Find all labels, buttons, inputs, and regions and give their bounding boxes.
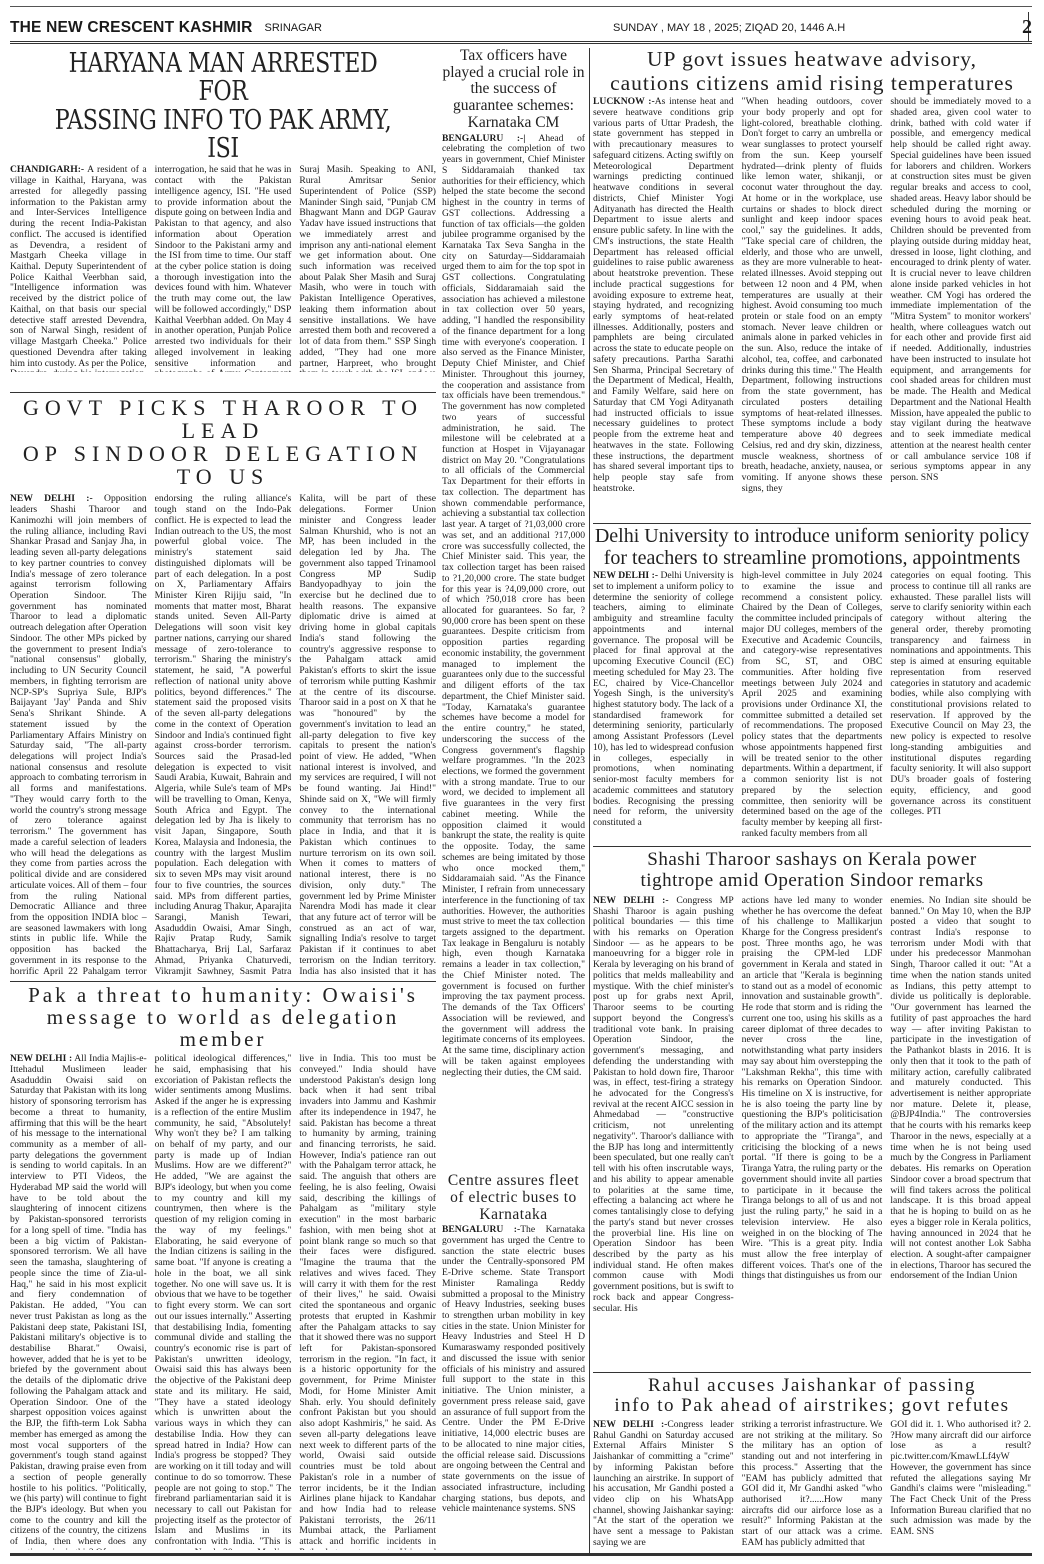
column-1: NEW DELHI :- Opposition leaders Shashi T… <box>10 494 147 976</box>
headline: HARYANA MAN ARRESTED FOR PASSING INFO TO… <box>48 50 397 163</box>
headline: Rahul accuses Jaishankar of passing info… <box>593 1376 1031 1416</box>
masthead: THE NEW CRESCENT KASHMIR SRINAGAR SUNDAY… <box>10 14 1032 44</box>
headline: Tax officers have played a crucial role … <box>442 48 585 132</box>
dateline: NEW DELHI :- <box>10 493 93 504</box>
bottom-rule <box>10 1553 1032 1556</box>
column-2: political ideological differences," he s… <box>155 1054 292 1550</box>
dateline: NEW DELHI : <box>10 1053 72 1064</box>
newspaper-name: THE NEW CRESCENT KASHMIR <box>10 19 252 37</box>
column-1: NEW DELHI :- Delhi University is set to … <box>593 571 734 839</box>
article-rahul: Rahul accuses Jaishankar of passing info… <box>593 1376 1031 1552</box>
divider <box>10 981 436 982</box>
article-tharoor-kerala: Shashi Tharoor sashays on Kerala power t… <box>593 850 1031 1370</box>
headline: Pak a threat to humanity: Owaisi's messa… <box>10 984 436 1050</box>
column-3: categories on equal footing. This proces… <box>890 571 1031 839</box>
issue-date: SUNDAY , MAY 18 , 2025; ZIQAD 20, 1446 A… <box>613 22 845 34</box>
dateline: NEW DELHI :- <box>593 570 658 581</box>
article-haryana: HARYANA MAN ARRESTED FOR PASSING INFO TO… <box>10 50 436 372</box>
column-2: high-level committee in July 2024 to exa… <box>742 571 883 839</box>
article-karnataka-tax: Tax officers have played a crucial role … <box>442 48 585 1126</box>
divider <box>593 846 1031 847</box>
dateline: BENGALURU :- <box>442 1224 520 1235</box>
column-2: endorsing the ruling alliance's tough st… <box>155 494 292 976</box>
article-delhi-university: Delhi University to introduce uniform se… <box>593 526 1031 848</box>
column-1: NEW DELHI :- Congress MP Shashi Tharoor … <box>593 896 734 1315</box>
headline: UP govt issues heatwave advisory, cautio… <box>593 48 1031 95</box>
city-label: SRINAGAR <box>264 22 321 34</box>
headline: Shashi Tharoor sashays on Kerala power t… <box>593 850 1031 892</box>
column-3: Suraj Masih. Speaking to ANI, Rural Amri… <box>299 165 436 372</box>
column-3: live in India. This too must be conveyed… <box>299 1054 436 1550</box>
headline: GOVT PICKS THAROOR TO LEAD OP SINDOOR DE… <box>10 396 436 488</box>
column-3: enemies. No Indian site should be banned… <box>890 896 1031 1315</box>
column-2: actions have led many to wonder whether … <box>742 896 883 1315</box>
body: BENGALURU :-| Ahead of celebrating the c… <box>442 134 585 1079</box>
column-2: striking a terrorist infrastructure. We … <box>742 1420 883 1549</box>
top-rule <box>10 6 1032 7</box>
dateline: BENGALURU :-| <box>442 133 525 144</box>
dateline: NEW DELHI :- <box>593 895 669 906</box>
article-tharoor-delegation: GOVT PICKS THAROOR TO LEAD OP SINDOOR DE… <box>10 396 436 976</box>
dateline: NEW DELHI :- <box>593 1419 667 1430</box>
column-3: GOI did it. 1. Who authorised it? 2. ?Ho… <box>890 1420 1031 1549</box>
column-3: Kalita, will be part of these delegation… <box>299 494 436 976</box>
article-ebuses: Centre assures fleet of electric buses t… <box>442 1172 585 1552</box>
body: BENGALURU :-The Karnataka government has… <box>442 1225 585 1515</box>
column-1: CHANDIGARH:- A resident of a village in … <box>10 165 147 372</box>
divider <box>593 523 1031 524</box>
headline: Centre assures fleet of electric buses t… <box>442 1172 585 1223</box>
column-1: NEW DELHI : All India Majlis-e-Ittehadul… <box>10 1054 147 1550</box>
page-number: 2 <box>1022 16 1032 39</box>
dateline: CHANDIGARH:- <box>10 164 84 175</box>
dateline: LUCKNOW :- <box>593 96 655 107</box>
article-owaisi: Pak a threat to humanity: Owaisi's messa… <box>10 984 436 1550</box>
column-1: NEW DELHI :-Congress leader Rahul Gandhi… <box>593 1420 734 1549</box>
column-1: LUCKNOW :-As intense heat and severe hea… <box>593 97 734 494</box>
column-3: should be immediately moved to a shaded … <box>890 97 1031 494</box>
divider <box>593 1372 1031 1373</box>
column-2: interrogation, he said that he was in co… <box>155 165 292 372</box>
column-divider <box>589 48 590 1553</box>
divider <box>10 392 436 393</box>
headline: Delhi University to introduce uniform se… <box>593 526 1031 569</box>
column-2: "When heading outdoors, cover your body … <box>742 97 883 494</box>
article-heatwave: UP govt issues heatwave advisory, cautio… <box>593 48 1031 568</box>
